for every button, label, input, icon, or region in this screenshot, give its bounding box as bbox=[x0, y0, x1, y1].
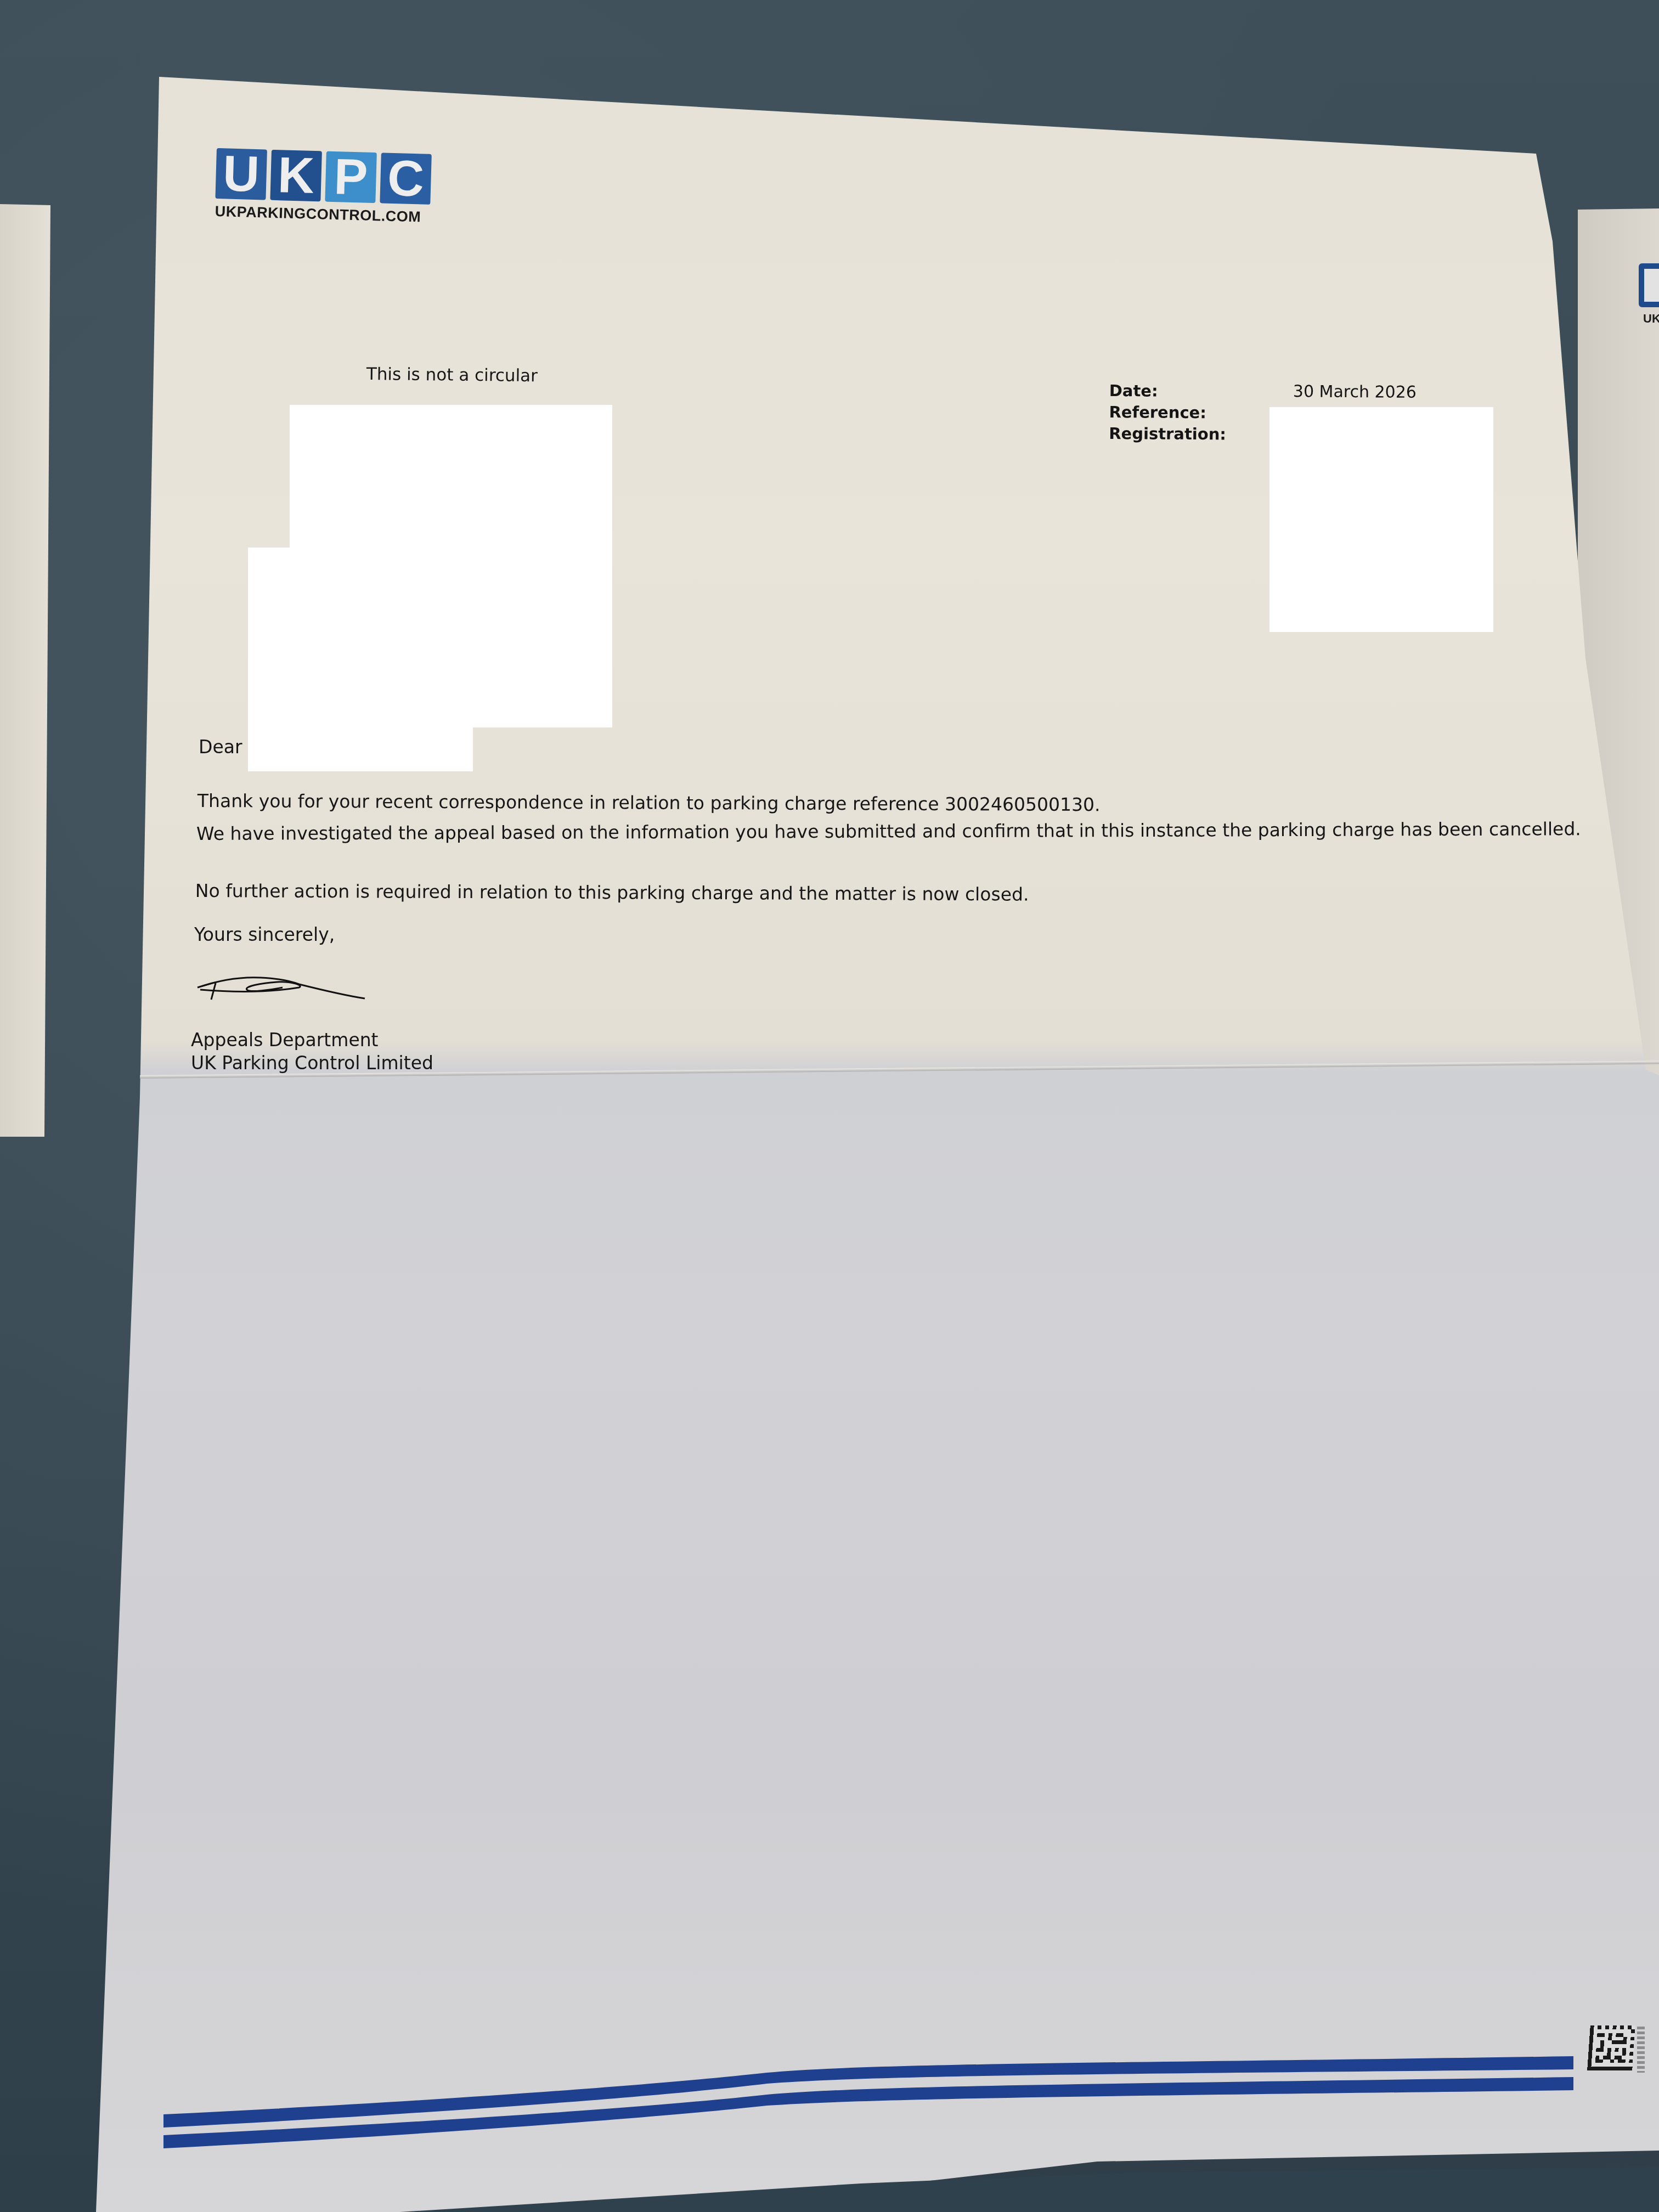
logo-tile-p: P bbox=[325, 151, 377, 204]
redaction-address-bottom bbox=[248, 548, 612, 727]
ukpc-logo: U K P C UKPARKINGCONTROL.COM bbox=[215, 148, 432, 226]
signatory-department: Appeals Department bbox=[191, 1029, 379, 1051]
logo-tile-c: C bbox=[380, 153, 432, 205]
date-label: Date: bbox=[1109, 381, 1293, 400]
redaction-salutation-name bbox=[248, 724, 473, 771]
letter-sheet bbox=[0, 0, 1659, 2212]
reference-label: Reference: bbox=[1109, 402, 1293, 422]
not-circular-notice: This is not a circular bbox=[366, 364, 538, 386]
signatory-company: UK Parking Control Limited bbox=[191, 1052, 433, 1074]
logo-tiles: U K P C bbox=[215, 148, 431, 205]
adjacent-sheet-left bbox=[0, 204, 50, 1137]
salutation: Dear bbox=[199, 736, 242, 758]
datamatrix-barcode-icon bbox=[1586, 2025, 1637, 2070]
logo-tile-u: U bbox=[215, 148, 267, 200]
paragraph-matter-closed: No further action is required in relatio… bbox=[195, 880, 1029, 905]
date-value: 30 March 2026 bbox=[1293, 382, 1417, 402]
closing: Yours sincerely, bbox=[194, 924, 335, 945]
redaction-reference-registration bbox=[1269, 407, 1493, 632]
adjacent-sheet-logo-text: UK bbox=[1643, 312, 1659, 326]
adjacent-sheet-logo-icon bbox=[1639, 263, 1659, 307]
registration-label: Registration: bbox=[1109, 424, 1293, 443]
paragraph-correspondence: Thank you for your recent correspondence… bbox=[198, 790, 1101, 815]
signature-icon bbox=[195, 971, 370, 1004]
redaction-address-top bbox=[290, 405, 612, 549]
footer-stripes bbox=[163, 2052, 1573, 2162]
meta-date-row: Date: 30 March 2026 bbox=[1109, 380, 1417, 403]
logo-tile-k: K bbox=[270, 150, 322, 202]
barcode-caption bbox=[1637, 2027, 1645, 2073]
